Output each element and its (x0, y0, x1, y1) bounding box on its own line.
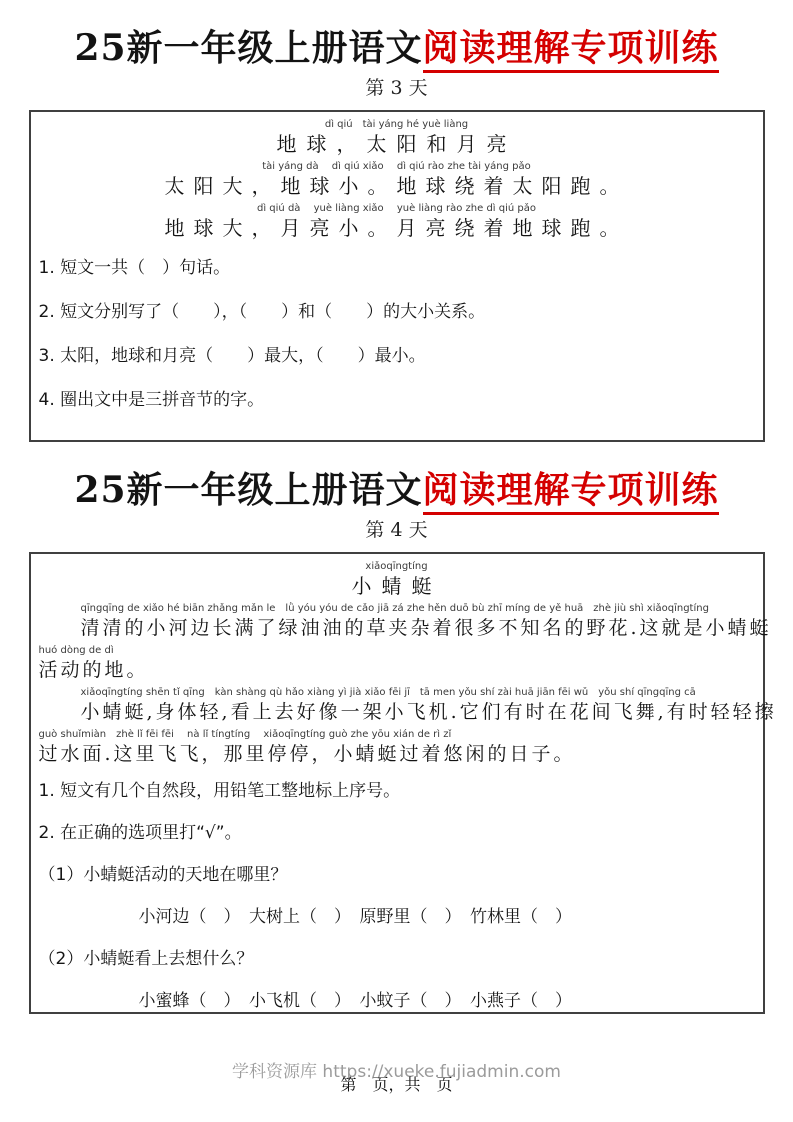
footer-page-label: 第 页，共 页 (0, 1072, 793, 1095)
sub-question-line: （1）小蜻蜓活动的天地在哪里？ (39, 865, 755, 886)
title-main-text: 25新一年级上册语文 (74, 469, 422, 511)
passage-title-day4: xiǎoqīngtíng 小蜻蜓 (39, 560, 755, 599)
passage-line-text: 活动的地。 (39, 657, 755, 683)
passage-line: xiǎoqīngtíng shēn tǐ qīng kàn shàng qù h… (39, 686, 755, 725)
worksheet-title-day4: 25新一年级上册语文阅读理解专项训练 (0, 442, 793, 512)
passage-line-pinyin: huó dòng de dì (39, 644, 755, 657)
passage-box-day3: dì qiú tài yáng hé yuè liàng 地球，太阳和月亮 tà… (29, 110, 765, 442)
option-row: 小蜜蜂（ ） 小飞机（ ） 小蚊子（ ） 小燕子（ ） (39, 991, 755, 1012)
passage-line: qīngqīng de xiǎo hé biān zhǎng mǎn le lǜ… (39, 602, 755, 641)
passage-title-text: 小蜻蜓 (39, 573, 755, 599)
passage-title-pinyin: dì qiú tài yáng hé yuè liàng (39, 118, 755, 131)
passage-line: dì qiú dà yuè liàng xiǎo yuè liàng rào z… (39, 202, 755, 241)
passage-line-pinyin: guò shuǐmiàn zhè lǐ fēi fēi nà lǐ tíngtí… (39, 728, 755, 741)
section-day3: 25新一年级上册语文阅读理解专项训练 第 3 天 dì qiú tài yáng… (0, 0, 793, 442)
question-line: 2. 短文分别写了（ ），（ ）和（ ）的大小关系。 (39, 302, 755, 323)
passage-line: guò shuǐmiàn zhè lǐ fēi fēi nà lǐ tíngtí… (39, 728, 755, 767)
passage-line-text: 地球大，月亮小。月亮绕着地球跑。 (39, 215, 755, 241)
title-highlight-red: 阅读理解专项训练 (423, 27, 719, 73)
passage-line-text: 过水面.这里飞飞，那里停停，小蜻蜓过着悠闲的日子。 (39, 741, 755, 767)
option-row: 小河边（ ） 大树上（ ） 原野里（ ） 竹林里（ ） (39, 907, 755, 928)
question-line: 3. 太阳，地球和月亮（ ）最大，（ ）最小。 (39, 346, 755, 367)
sub-question-line: （2）小蜻蜓看上去想什么？ (39, 949, 755, 970)
page-footer: 学科资源库 https://xueke.fujiadmin.com 第 页，共 … (0, 1062, 793, 1110)
question-line: 4. 圈出文中是三拼音节的字。 (39, 390, 755, 411)
day-label-4: 第 4 天 (0, 518, 793, 542)
section-day4: 25新一年级上册语文阅读理解专项训练 第 4 天 xiǎoqīngtíng 小蜻… (0, 442, 793, 1014)
passage-line-pinyin: dì qiú dà yuè liàng xiǎo yuè liàng rào z… (39, 202, 755, 215)
passage-line: huó dòng de dì 活动的地。 (39, 644, 755, 683)
worksheet-title-day3: 25新一年级上册语文阅读理解专项训练 (0, 0, 793, 70)
question-line: 2. 在正确的选项里打“√”。 (39, 823, 755, 844)
title-highlight-red: 阅读理解专项训练 (423, 469, 719, 515)
passage-line-text: 太阳大，地球小。地球绕着太阳跑。 (39, 173, 755, 199)
passage-line-pinyin: xiǎoqīngtíng shēn tǐ qīng kàn shàng qù h… (81, 686, 755, 699)
passage-line-text: 清清的小河边长满了绿油油的草夹杂着很多不知名的野花.这就是小蜻蜓 (81, 615, 755, 641)
passage-title-pinyin: xiǎoqīngtíng (39, 560, 755, 573)
passage-title-day3: dì qiú tài yáng hé yuè liàng 地球，太阳和月亮 (39, 118, 755, 157)
question-line: 1. 短文一共（ ）句话。 (39, 258, 755, 279)
passage-line-pinyin: tài yáng dà dì qiú xiǎo dì qiú rào zhe t… (39, 160, 755, 173)
passage-line-pinyin: qīngqīng de xiǎo hé biān zhǎng mǎn le lǜ… (81, 602, 755, 615)
title-main-text: 25新一年级上册语文 (74, 27, 422, 69)
passage-title-text: 地球，太阳和月亮 (39, 131, 755, 157)
question-line: 1. 短文有几个自然段，用铅笔工整地标上序号。 (39, 781, 755, 802)
passage-line: tài yáng dà dì qiú xiǎo dì qiú rào zhe t… (39, 160, 755, 199)
worksheet-page: 25新一年级上册语文阅读理解专项训练 第 3 天 dì qiú tài yáng… (0, 0, 793, 1122)
passage-line-text: 小蜻蜓,身体轻,看上去好像一架小飞机.它们有时在花间飞舞,有时轻轻擦 (81, 699, 755, 725)
day-label-3: 第 3 天 (0, 76, 793, 100)
passage-box-day4: xiǎoqīngtíng 小蜻蜓 qīngqīng de xiǎo hé biā… (29, 552, 765, 1014)
